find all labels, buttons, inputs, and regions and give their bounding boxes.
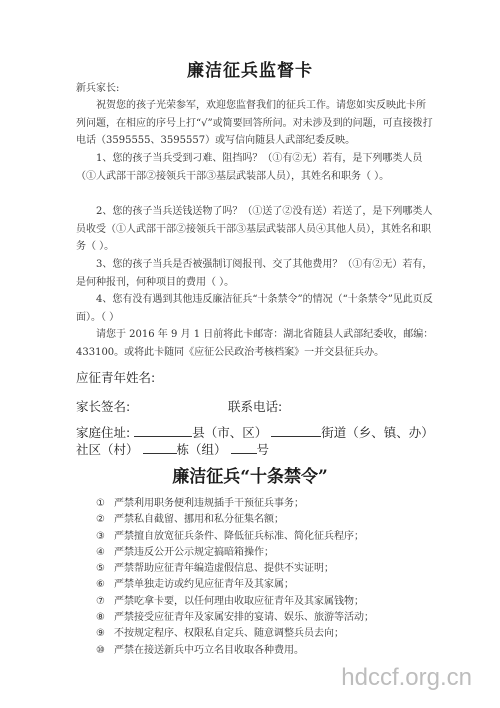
rule-item: ②严禁私自截留、挪用和私分征集名额；	[96, 512, 374, 528]
parent-signature-field[interactable]: 家长签名:	[76, 397, 130, 415]
street-label: 街道（乡、镇、办）	[321, 425, 434, 440]
community-blank[interactable]	[143, 441, 177, 454]
rule-item: ④严禁违反公开公示规定搞暗箱操作；	[96, 545, 374, 561]
mail-note: 请您于 2016 年 9 月 1 日前将此卡邮寄：湖北省随县人武部纪委收，邮编：…	[76, 326, 434, 361]
county-label: 县（市、区）	[192, 425, 267, 440]
parent-signature-label: 家长签名:	[76, 399, 130, 414]
address-field[interactable]: 家庭住址: 县（市、区） 街道（乡、镇、办） 社区（村） 栋（组） 号	[76, 424, 436, 458]
question-2: 2、您的孩子当兵送钱送物了吗？（①送了②没有送）若送了，是下列哪类人员收受（①人…	[76, 203, 434, 256]
rules-title: 廉洁征兵“十条禁令”	[0, 462, 500, 487]
applicant-name-field[interactable]: 应征青年姓名:	[76, 368, 155, 386]
rule-item: ⑨不按规定程序、权限私自定兵、随意调整兵员去向；	[96, 626, 374, 642]
rule-item: ⑥严禁单独走访或约见应征青年及其家属；	[96, 577, 374, 593]
applicant-name-label: 应征青年姓名:	[76, 370, 155, 385]
question-3: 3、您的孩子当兵是否被强制订阅报刊、交了其他费用？（①有②无）若有，是何种报刊，…	[76, 256, 434, 291]
intro-paragraph: 祝贺您的孩子光荣参军，欢迎您监督我们的征兵工作。请您如实反映此卡所列问题，在相应…	[76, 97, 434, 150]
phone-field[interactable]: 联系电话:	[228, 397, 282, 415]
watermark: hdccf.org.cn	[341, 664, 472, 692]
card-title: 廉洁征兵监督卡	[0, 56, 500, 81]
rule-item: ⑤严禁帮助应征青年编造虚假信息、提供不实证明；	[96, 561, 374, 577]
building-blank[interactable]	[231, 441, 257, 454]
building-label: 栋（组）	[177, 442, 227, 457]
rule-item: ①严禁利用职务便利违规插手干预征兵事务；	[96, 496, 374, 512]
rule-item: ⑧严禁接受应征青年及家属安排的宴请、娱乐、旅游等活动；	[96, 610, 374, 626]
document-page: 廉洁征兵监督卡 新兵家长: 祝贺您的孩子光荣参军，欢迎您监督我们的征兵工作。请您…	[0, 0, 500, 708]
salutation: 新兵家长:	[76, 80, 434, 98]
question-1: 1、您的孩子当兵受到刁难、阻挡吗？（①有②无）若有，是下列哪类人员（①人武部干部…	[76, 150, 434, 185]
phone-label: 联系电话:	[228, 399, 282, 414]
county-blank[interactable]	[134, 424, 192, 437]
rules-list: ①严禁利用职务便利违规插手干预征兵事务； ②严禁私自截留、挪用和私分征集名额； …	[96, 496, 374, 659]
rule-item: ③严禁擅自放宽征兵条件、降低征兵标准、简化征兵程序；	[96, 529, 374, 545]
street-blank[interactable]	[271, 424, 321, 437]
address-label: 家庭住址:	[76, 425, 130, 440]
rule-item: ⑦严禁吃拿卡要，以任何理由收取应征青年及其家属钱物；	[96, 594, 374, 610]
community-label: 社区（村）	[76, 442, 139, 457]
number-label: 号	[257, 442, 270, 457]
question-4: 4、您有没有遇到其他违反廉洁征兵“十条禁令”的情况（“十条禁令”见此页反面）。（…	[76, 291, 434, 326]
rule-item: ⑩严禁在接送新兵中巧立名目收取各种费用。	[96, 643, 374, 659]
